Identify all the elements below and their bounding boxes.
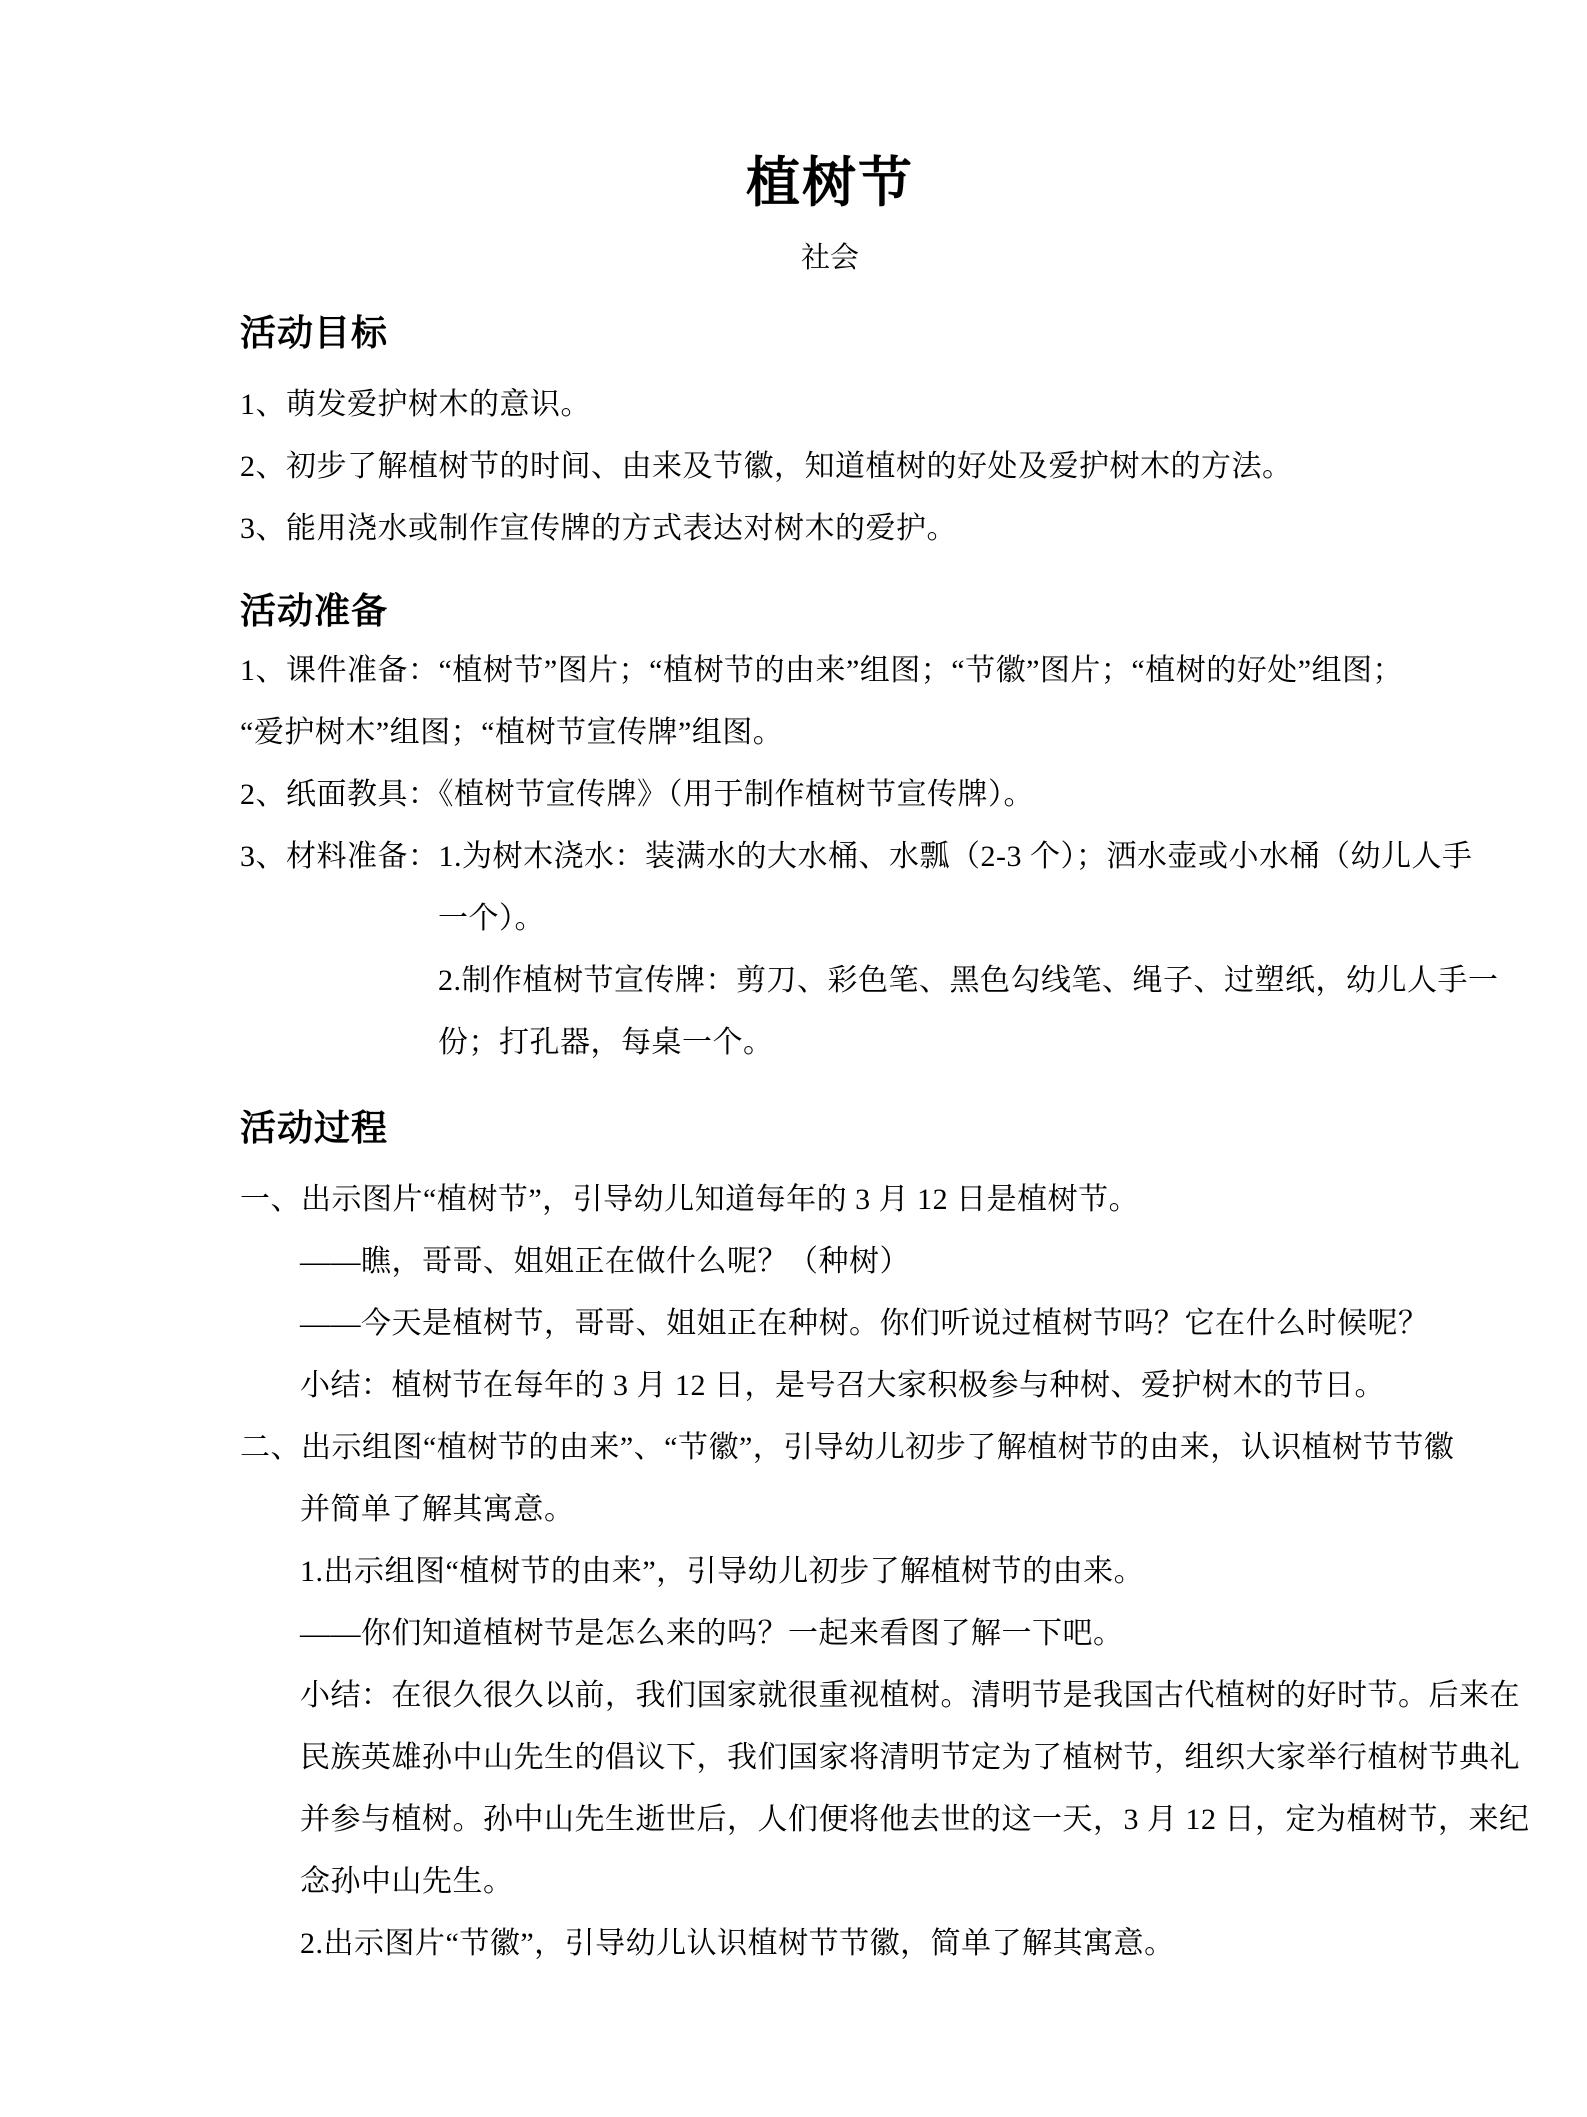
paragraph-line: 小结：植树节在每年的 3 月 12 日，是号召大家积极参与种树、爱护树木的节日。: [240, 1355, 1420, 1417]
paragraph-line: ——瞧，哥哥、姐姐正在做什么呢？（种树）: [240, 1231, 1420, 1293]
paragraph-line: 并参与植树。孙中山先生逝世后，人们便将他去世的这一天，3 月 12 日，定为植树…: [240, 1789, 1420, 1851]
paragraph-line: 一个）。: [240, 888, 1420, 950]
section-heading-preparation: 活动准备: [240, 584, 1420, 638]
paragraph-line: 1、课件准备：“植树节”图片；“植树节的由来”组图；“节徽”图片；“植树的好处”…: [240, 640, 1420, 702]
paragraph-line: 1.出示组图“植树节的由来”，引导幼儿初步了解植树节的由来。: [240, 1541, 1420, 1603]
paragraph-line: “爱护树木”组图；“植树节宣传牌”组图。: [240, 702, 1420, 764]
paragraph-line: 2.制作植树节宣传牌：剪刀、彩色笔、黑色勾线笔、绳子、过塑纸，幼儿人手一: [240, 950, 1420, 1012]
paragraph-line: 并简单了解其寓意。: [240, 1479, 1420, 1541]
paragraph-line: 民族英雄孙中山先生的倡议下，我们国家将清明节定为了植树节，组织大家举行植树节典礼: [240, 1727, 1420, 1789]
document-page: 植树节 社会 活动目标 1、萌发爱护树木的意识。 2、初步了解植树节的时间、由来…: [0, 0, 1587, 2117]
paragraph-line: ——今天是植树节，哥哥、姐姐正在种树。你们听说过植树节吗？它在什么时候呢？: [240, 1293, 1420, 1355]
document-content: 植树节 社会 活动目标 1、萌发爱护树木的意识。 2、初步了解植树节的时间、由来…: [240, 0, 1420, 1975]
paragraph-line: 小结：在很久很久以前，我们国家就很重视植树。清明节是我国古代植树的好时节。后来在: [240, 1665, 1420, 1727]
paragraph-line: 1、萌发爱护树木的意识。: [240, 374, 1420, 436]
paragraph-line: 3、材料准备：1.为树木浇水：装满水的大水桶、水瓢（2-3 个）；洒水壶或小水桶…: [240, 826, 1420, 888]
section-preparation: 1、课件准备：“植树节”图片；“植树节的由来”组图；“节徽”图片；“植树的好处”…: [240, 640, 1420, 1074]
paragraph-line: 3、能用浇水或制作宣传牌的方式表达对树木的爱护。: [240, 498, 1420, 560]
page-title: 植树节: [240, 140, 1420, 226]
paragraph-line: 二、出示组图“植树节的由来”、“节徽”，引导幼儿初步了解植树节的由来，认识植树节…: [240, 1417, 1420, 1479]
section-process: 一、出示图片“植树节”，引导幼儿知道每年的 3 月 12 日是植树节。 ——瞧，…: [240, 1169, 1420, 1975]
paragraph-line: 份；打孔器，每桌一个。: [240, 1012, 1420, 1074]
section-goals: 1、萌发爱护树木的意识。 2、初步了解植树节的时间、由来及节徽，知道植树的好处及…: [240, 374, 1420, 560]
paragraph-line: 2、纸面教具：《植树节宣传牌》（用于制作植树节宣传牌）。: [240, 764, 1420, 826]
page-subtitle: 社会: [240, 234, 1420, 282]
paragraph-line: 一、出示图片“植树节”，引导幼儿知道每年的 3 月 12 日是植树节。: [240, 1169, 1420, 1231]
paragraph-line: 2.出示图片“节徽”，引导幼儿认识植树节节徽，简单了解其寓意。: [240, 1913, 1420, 1975]
section-heading-goals: 活动目标: [240, 306, 1420, 360]
paragraph-line: 念孙中山先生。: [240, 1851, 1420, 1913]
section-heading-process: 活动过程: [240, 1101, 1420, 1155]
paragraph-line: 2、初步了解植树节的时间、由来及节徽，知道植树的好处及爱护树木的方法。: [240, 436, 1420, 498]
paragraph-line: ——你们知道植树节是怎么来的吗？一起来看图了解一下吧。: [240, 1603, 1420, 1665]
